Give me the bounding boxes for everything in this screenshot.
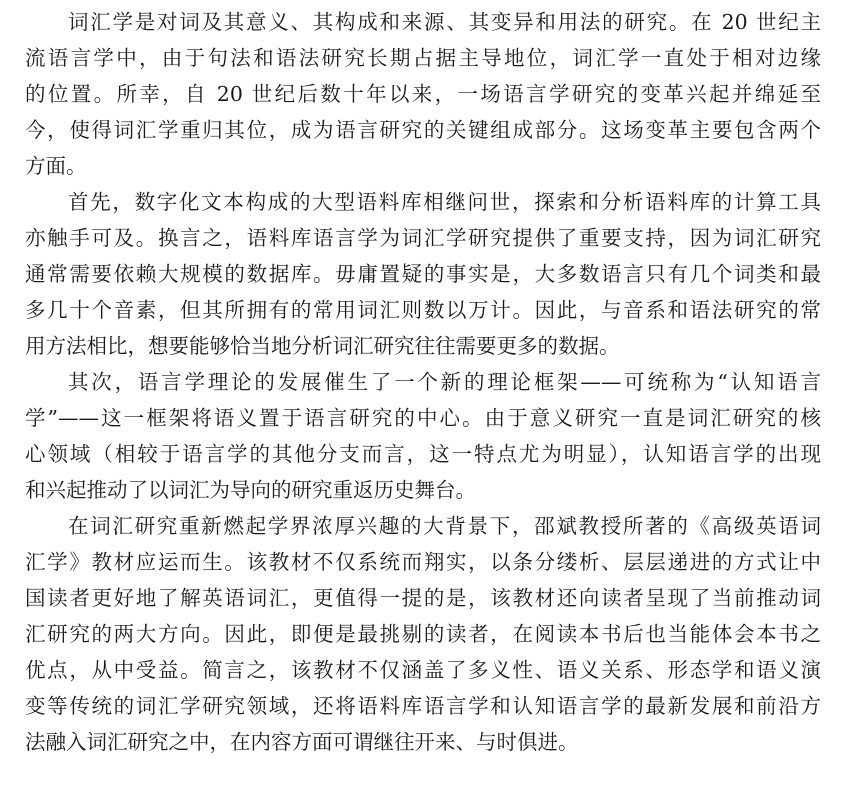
text-line: 通常需要依赖大规模的数据库。毋庸置疑的事实是，大多数语言只有几个词类和最: [25, 256, 821, 292]
text-line: 国读者更好地了解英语词汇，更值得一提的是，该教材还向读者呈现了当前推动词: [25, 580, 821, 616]
text-line: 流语言学中，由于句法和语法研究长期占据主导地位，词汇学一直处于相对边缘: [25, 40, 821, 76]
text-line: 法融入词汇研究之中，在内容方面可谓继往开来、与时俱进。: [25, 724, 821, 760]
text-line: 在词汇研究重新燃起学界浓厚兴趣的大背景下，邵斌教授所著的《高级英语词: [25, 508, 821, 544]
paragraph-2: 首先，数字化文本构成的大型语料库相继问世，探索和分析语料库的计算工具 亦触手可及…: [25, 184, 821, 364]
text-line: 优点，从中受益。简言之，该教材不仅涵盖了多义性、语义关系、形态学和语义演: [25, 652, 821, 688]
text-line: 变等传统的词汇学研究领域，还将语料库语言学和认知语言学的最新发展和前沿方: [25, 688, 821, 724]
text-line: 词汇学是对词及其意义、其构成和来源、其变异和用法的研究。在 20 世纪主: [25, 4, 821, 40]
text-line: 和兴起推动了以词汇为导向的研究重返历史舞台。: [25, 472, 821, 508]
text-line: 汇学》教材应运而生。该教材不仅系统而翔实，以条分缕析、层层递进的方式让中: [25, 544, 821, 580]
text-line: 心领域（相较于语言学的其他分支而言，这一特点尤为明显），认知语言学的出现: [25, 436, 821, 472]
document-page: 词汇学是对词及其意义、其构成和来源、其变异和用法的研究。在 20 世纪主 流语言…: [25, 4, 821, 760]
text-line: 其次，语言学理论的发展催生了一个新的理论框架——可统称为“认知语言: [25, 364, 821, 400]
text-line: 用方法相比，想要能够恰当地分析词汇研究往往需要更多的数据。: [25, 328, 821, 364]
text-line: 多几十个音素，但其所拥有的常用词汇则数以万计。因此，与音系和语法研究的常: [25, 292, 821, 328]
paragraph-3: 其次，语言学理论的发展催生了一个新的理论框架——可统称为“认知语言 学”——这一…: [25, 364, 821, 508]
text-line: 亦触手可及。换言之，语料库语言学为词汇学研究提供了重要支持，因为词汇研究: [25, 220, 821, 256]
paragraph-1: 词汇学是对词及其意义、其构成和来源、其变异和用法的研究。在 20 世纪主 流语言…: [25, 4, 821, 184]
text-line: 首先，数字化文本构成的大型语料库相继问世，探索和分析语料库的计算工具: [25, 184, 821, 220]
text-line: 学”——这一框架将语义置于语言研究的中心。由于意义研究一直是词汇研究的核: [25, 400, 821, 436]
text-line: 的位置。所幸，自 20 世纪后数十年以来，一场语言学研究的变革兴起并绵延至: [25, 76, 821, 112]
text-line: 今，使得词汇学重归其位，成为语言研究的关键组成部分。这场变革主要包含两个: [25, 112, 821, 148]
text-line: 方面。: [25, 148, 821, 184]
text-line: 汇研究的两大方向。因此，即便是最挑剔的读者，在阅读本书后也当能体会本书之: [25, 616, 821, 652]
paragraph-4: 在词汇研究重新燃起学界浓厚兴趣的大背景下，邵斌教授所著的《高级英语词 汇学》教材…: [25, 508, 821, 760]
